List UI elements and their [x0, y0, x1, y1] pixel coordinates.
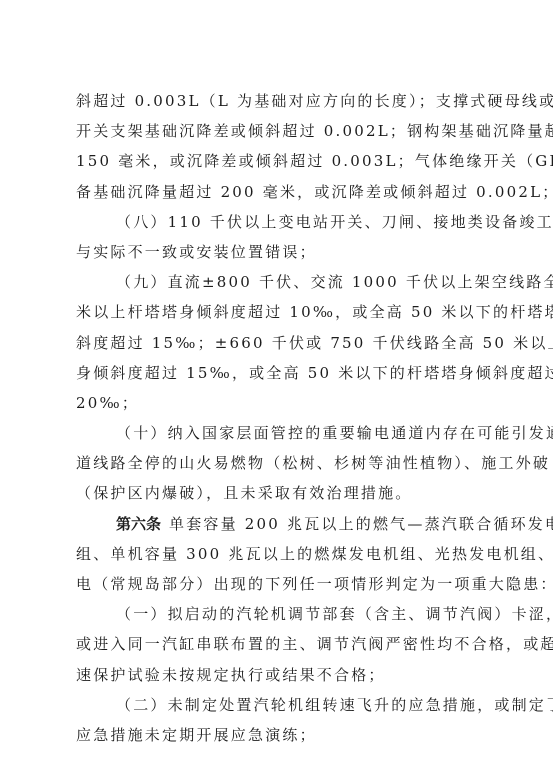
paragraph-item-9: （九）直流±800 千伏、交流 1000 千伏以上架空线路全高 50 米以上杆塔… — [76, 267, 480, 418]
paragraph-article-6-item-1: （一）拟启动的汽轮机调节部套（含主、调节汽阀）卡涩， 或进入同一汽缸串联布置的主… — [76, 599, 480, 690]
text-line: 速保护试验未按规定执行或结果不合格； — [76, 660, 480, 690]
text-line: 开关支架基础沉降差或倾斜超过 0.002L；钢构架基础沉降量超过 — [76, 116, 480, 146]
article-text: 单套容量 200 兆瓦以上的燃气—蒸汽联合循环发电机 — [169, 515, 553, 533]
text-line: 或进入同一汽缸串联布置的主、调节汽阀严密性均不合格，或超 — [76, 629, 480, 659]
paragraph-item-10: （十）纳入国家层面管控的重要输电通道内存在可能引发通 道线路全停的山火易燃物（松… — [76, 418, 480, 509]
text-line: （一）拟启动的汽轮机调节部套（含主、调节汽阀）卡涩， — [76, 599, 480, 629]
text-line: 道线路全停的山火易燃物（松树、杉树等油性植物）、施工外破 — [76, 448, 480, 478]
article-6: 第六条单套容量 200 兆瓦以上的燃气—蒸汽联合循环发电机 组、单机容量 300… — [76, 509, 480, 600]
text-line: 米以上杆塔塔身倾斜度超过 10‰，或全高 50 米以下的杆塔塔身倾 — [76, 297, 480, 327]
paragraph-continued-item-7: 斜超过 0.003L（L 为基础对应方向的长度）；支撑式硬母线或隔离 开关支架基… — [76, 86, 480, 207]
text-line: 斜超过 0.003L（L 为基础对应方向的长度）；支撑式硬母线或隔离 — [76, 86, 480, 116]
text-line: 斜度超过 15‰；±660 千伏或 750 千伏线路全高 50 米以上杆塔塔 — [76, 328, 480, 358]
text-line: 150 毫米，或沉降差或倾斜超过 0.003L；气体绝缘开关（GIS）设 — [76, 146, 480, 176]
text-line: 电（常规岛部分）出现的下列任一项情形判定为一项重大隐患： — [76, 569, 480, 599]
text-line: 备基础沉降量超过 200 毫米，或沉降差或倾斜超过 0.002L； — [76, 177, 480, 207]
text-line: 与实际不一致或安装位置错误； — [76, 237, 480, 267]
paragraph-article-6-item-2: （二）未制定处置汽轮机组转速飞升的应急措施，或制定了 应急措施未定期开展应急演练… — [76, 690, 480, 750]
article-heading: 第六条 — [116, 515, 161, 533]
text-line: （八）110 千伏以上变电站开关、刀闸、接地类设备竣工图纸 — [76, 207, 480, 237]
text-line: 组、单机容量 300 兆瓦以上的燃煤发电机组、光热发电机组、核 — [76, 539, 480, 569]
text-line: （十）纳入国家层面管控的重要输电通道内存在可能引发通 — [76, 418, 480, 448]
text-line: 应急措施未定期开展应急演练； — [76, 720, 480, 750]
text-line: 第六条单套容量 200 兆瓦以上的燃气—蒸汽联合循环发电机 — [76, 509, 480, 539]
text-line: （二）未制定处置汽轮机组转速飞升的应急措施，或制定了 — [76, 690, 480, 720]
text-line: 20‰； — [76, 388, 480, 418]
document-page: 斜超过 0.003L（L 为基础对应方向的长度）；支撑式硬母线或隔离 开关支架基… — [76, 86, 480, 750]
text-line: 身倾斜度超过 15‰，或全高 50 米以下的杆塔塔身倾斜度超过 — [76, 358, 480, 388]
paragraph-item-8: （八）110 千伏以上变电站开关、刀闸、接地类设备竣工图纸 与实际不一致或安装位… — [76, 207, 480, 267]
text-line: （九）直流±800 千伏、交流 1000 千伏以上架空线路全高 50 — [76, 267, 480, 297]
text-line: （保护区内爆破），且未采取有效治理措施。 — [76, 478, 480, 508]
